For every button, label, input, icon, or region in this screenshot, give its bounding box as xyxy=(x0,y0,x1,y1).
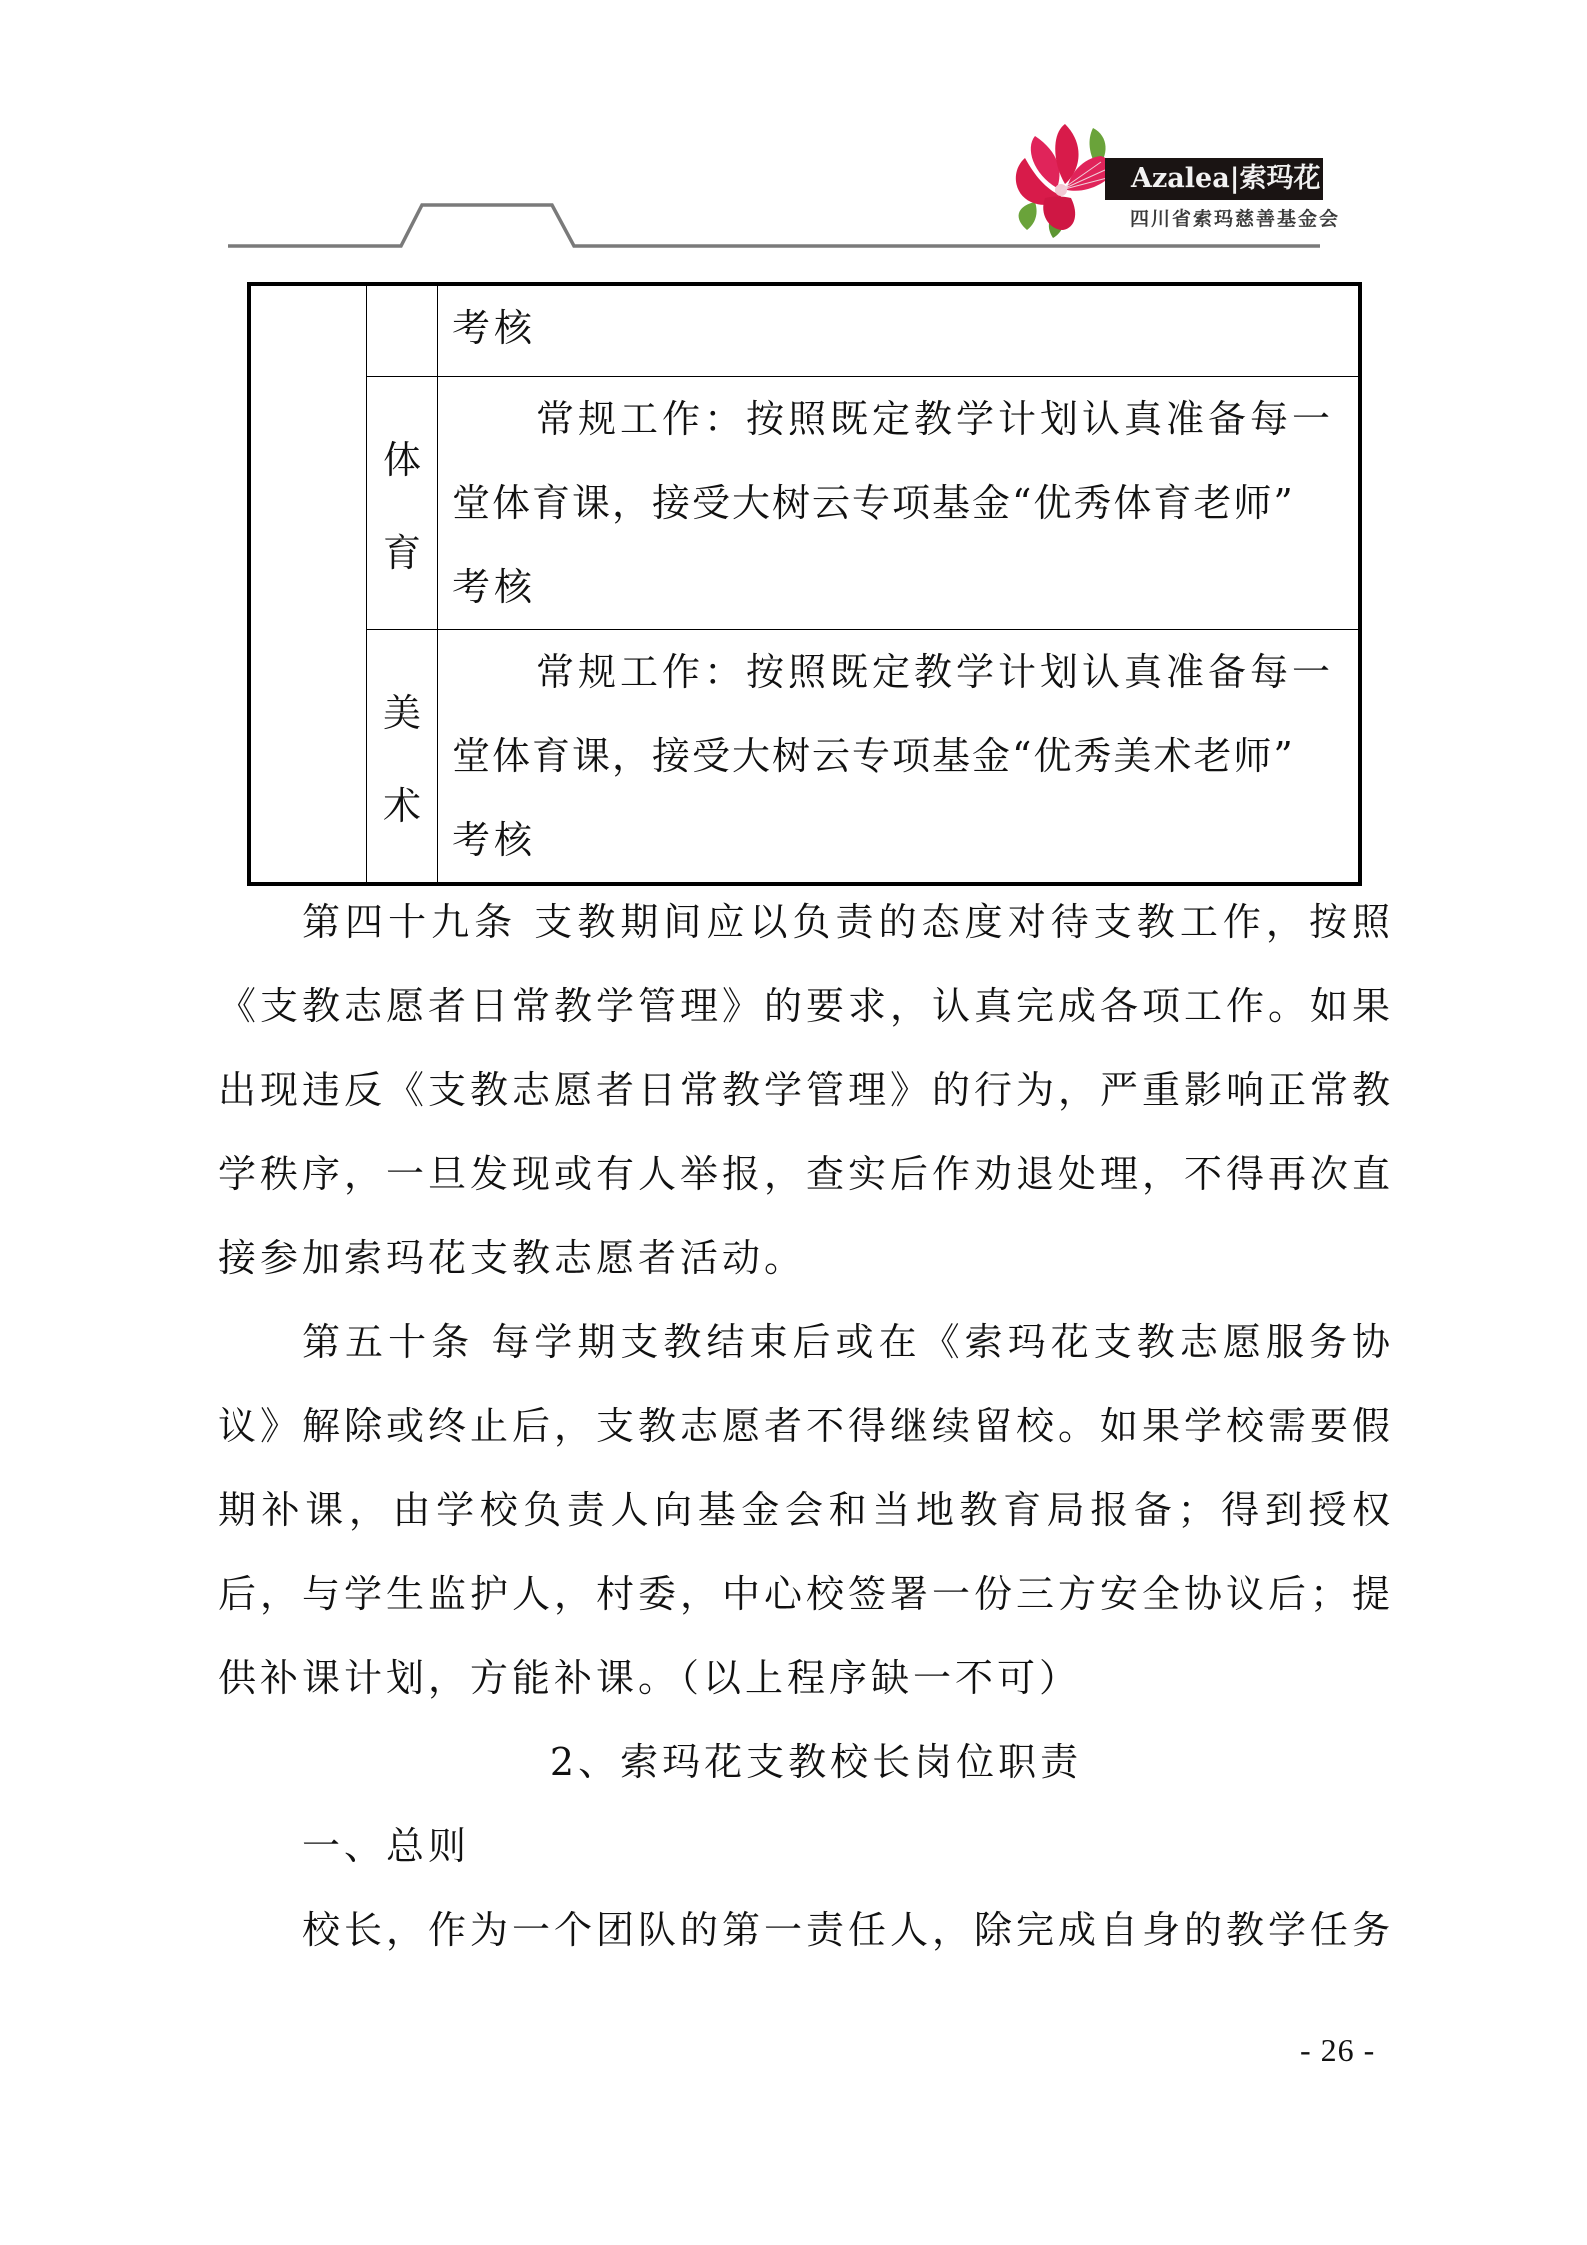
logo-brand-band: Azalea|索玛花 xyxy=(1105,158,1323,200)
body-content: 第四十九条 支教期间应以负责的态度对待支教工作，按照《支教志愿者日常教学管理》的… xyxy=(218,880,1394,1972)
duty-line: 考核 xyxy=(452,286,1350,370)
logo-brand-en: Azalea xyxy=(1131,163,1230,194)
table-duty-cell: 考核 xyxy=(438,284,1361,376)
logo-org-name: 四川省索玛慈善基金会 xyxy=(1130,204,1330,231)
header-divider-line xyxy=(0,0,1587,260)
duty-line: 考核 xyxy=(452,545,1350,629)
subsection-title: 一、总则 xyxy=(218,1804,1394,1888)
duty-line: 堂体育课，接受大树云专项基金“优秀美术老师” xyxy=(452,714,1350,798)
table-duty-cell: 常规工作：按照既定教学计划认真准备每一 堂体育课，接受大树云专项基金“优秀体育老… xyxy=(438,376,1361,629)
duty-line: 常规工作：按照既定教学计划认真准备每一 xyxy=(452,377,1350,461)
table-subject-cell: 美 术 xyxy=(367,629,438,884)
section-title: 2、索玛花支教校长岗位职责 xyxy=(218,1720,1394,1804)
subject-char: 术 xyxy=(383,775,421,830)
subject-duty-table: 考核 体 育 常规工作：按照既定教学计划认真准备每一 堂体育课，接受大树云专项基… xyxy=(247,282,1362,886)
table-category-cell xyxy=(249,284,367,884)
subject-char: 美 xyxy=(383,682,421,737)
logo-separator: | xyxy=(1230,163,1240,194)
table-row: 美 术 常规工作：按照既定教学计划认真准备每一 堂体育课，接受大树云专项基金“优… xyxy=(249,629,1360,884)
subject-char: 育 xyxy=(383,522,421,577)
table-duty-cell: 常规工作：按照既定教学计划认真准备每一 堂体育课，接受大树云专项基金“优秀美术老… xyxy=(438,629,1361,884)
duty-line: 考核 xyxy=(452,798,1350,882)
page-number: - 26 - xyxy=(1300,2032,1375,2069)
subject-char: 体 xyxy=(383,429,421,484)
table-subject-cell: 体 育 xyxy=(367,376,438,629)
article-49: 第四十九条 支教期间应以负责的态度对待支教工作，按照《支教志愿者日常教学管理》的… xyxy=(218,880,1394,1300)
table-subject-cell xyxy=(367,284,438,376)
duty-line: 常规工作：按照既定教学计划认真准备每一 xyxy=(452,630,1350,714)
table-row: 考核 xyxy=(249,284,1360,376)
article-50: 第五十条 每学期支教结束后或在《索玛花支教志愿服务协议》解除或终止后，支教志愿者… xyxy=(218,1300,1394,1720)
foundation-logo: Azalea|索玛花 四川省索玛慈善基金会 xyxy=(1005,118,1330,243)
logo-brand-zh: 索玛花 xyxy=(1240,163,1321,194)
principal-intro: 校长，作为一个团队的第一责任人，除完成自身的教学任务 xyxy=(218,1888,1394,1972)
duty-line: 堂体育课，接受大树云专项基金“优秀体育老师” xyxy=(452,461,1350,545)
table-row: 体 育 常规工作：按照既定教学计划认真准备每一 堂体育课，接受大树云专项基金“优… xyxy=(249,376,1360,629)
